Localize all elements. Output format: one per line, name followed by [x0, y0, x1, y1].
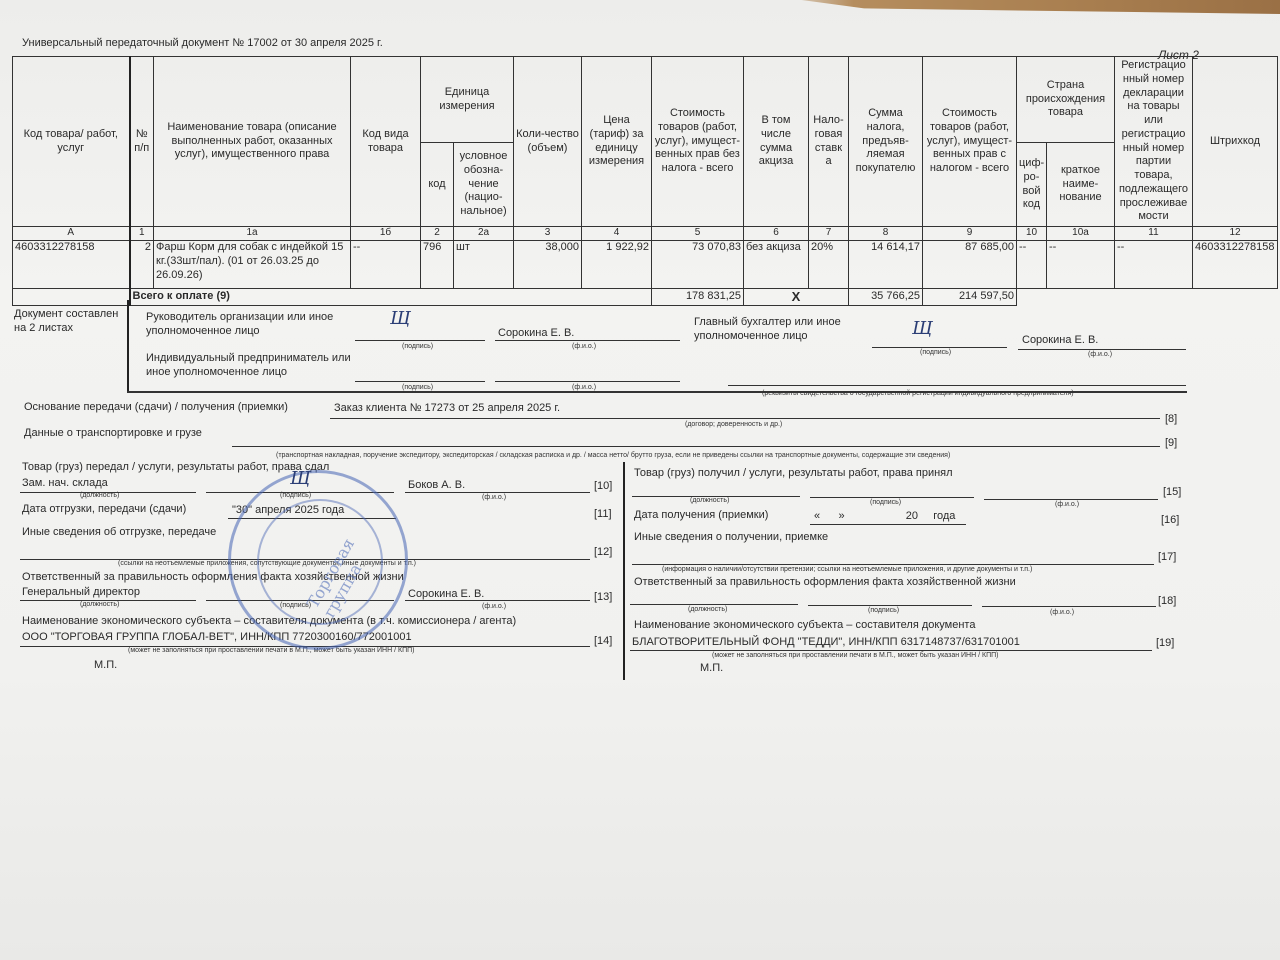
colnum: 5 [652, 227, 744, 241]
total-tax-sum: 35 766,25 [849, 289, 923, 306]
receipt-date-field[interactable]: « » 20 года [814, 510, 955, 522]
sender-position: Зам. нач. склада [22, 477, 108, 489]
hint-position: (должность) [80, 601, 119, 608]
colnum: 8 [849, 227, 923, 241]
cell-num: 2 [130, 241, 154, 289]
total-cost-no-tax: 178 831,25 [652, 289, 744, 306]
receiver-other-label: Иные сведения о получении, приемке [634, 531, 828, 543]
sender-other-label: Иные сведения об отгрузке, передаче [22, 526, 216, 538]
basis-hint: (договор; доверенность и др.) [685, 421, 782, 428]
ref-15: [15] [1163, 486, 1181, 498]
header-cost-no-tax: Стоимость товаров (работ, услуг), имущес… [652, 57, 744, 227]
doc-pages-note: Документ составлен на 2 листах [14, 307, 119, 336]
header-barcode: Штрихкод [1193, 57, 1278, 227]
receiver-other-hint: (информация о наличии/отсутствии претенз… [662, 566, 1032, 573]
colnum: 10а [1047, 227, 1115, 241]
total-row: Всего к оплате (9) 178 831,25 X 35 766,2… [13, 289, 1278, 306]
chief-accountant-signature: Щ [912, 318, 933, 339]
colnum: 2 [421, 227, 454, 241]
hint-fio: (ф.и.о.) [1050, 609, 1074, 616]
sender-stamp-place: М.П. [94, 659, 117, 671]
cell-country-code: -- [1017, 241, 1047, 289]
hint-fio: (ф.и.о.) [572, 384, 596, 391]
transport-hint: (транспортная накладная, поручение экспе… [276, 452, 950, 459]
cell-excise: без акциза [744, 241, 809, 289]
sender-entity-hint: (может не заполняться при проставлении п… [128, 647, 414, 654]
signature-block-border [127, 300, 129, 392]
header-unit-symbol: условное обозна-чение (нацио-нальное) [454, 143, 514, 227]
header-tax-rate: Нало-говая ставк а [809, 57, 849, 227]
column-numbers-row: А 1 1а 1б 2 2а 3 4 5 6 7 8 9 10 10а 11 1… [13, 227, 1278, 241]
hint-position: (должность) [80, 492, 119, 499]
ref-12: [12] [594, 546, 612, 558]
ref-18: [18] [1158, 595, 1176, 607]
ip-label: Индивидуальный предприниматель или иное … [146, 352, 366, 380]
colnum: 3 [514, 227, 582, 241]
cell-code: 4603312278158 [13, 241, 130, 289]
cell-cost-no-tax: 73 070,83 [652, 241, 744, 289]
cell-unit-code: 796 [421, 241, 454, 289]
sender-name: Боков А. В. [408, 479, 465, 491]
header-country-code: циф-ро-вой код [1017, 143, 1047, 227]
header-unit-code: код [421, 143, 454, 227]
chief-accountant-label: Главный бухгалтер или иное уполномоченно… [694, 316, 894, 344]
cell-country-name: -- [1047, 241, 1115, 289]
hint-ip-cert: (реквизиты свидетельства о государственн… [762, 390, 1074, 397]
colnum: 9 [923, 227, 1017, 241]
receiver-title: Товар (груз) получил / услуги, результат… [634, 467, 953, 479]
ref-19: [19] [1156, 637, 1174, 649]
total-excise: X [744, 289, 849, 306]
receiver-entity: БЛАГОТВОРИТЕЛЬНЫЙ ФОНД "ТЕДДИ", ИНН/КПП … [632, 636, 1020, 648]
sender-resp-name: Сорокина Е. В. [408, 588, 484, 600]
ref-10: [10] [594, 480, 612, 492]
ref-13: [13] [594, 591, 612, 603]
header-unit: Единица измерения [421, 57, 514, 143]
colnum: 1а [154, 227, 351, 241]
head-signature: Щ [390, 308, 411, 329]
cell-qty: 38,000 [514, 241, 582, 289]
cell-cost-with-tax: 87 685,00 [923, 241, 1017, 289]
ship-date-label: Дата отгрузки, передачи (сдачи) [22, 503, 186, 515]
hint-signature: (подпись) [402, 384, 433, 391]
header-excise: В том числе сумма акциза [744, 57, 809, 227]
receiver-resp-label: Ответственный за правильность оформления… [634, 576, 1016, 588]
sender-resp-position: Генеральный директор [22, 586, 140, 598]
cell-price: 1 922,92 [582, 241, 652, 289]
total-label: Всего к оплате (9) [130, 289, 652, 306]
hint-fio: (ф.и.о.) [1088, 351, 1112, 358]
colnum: 7 [809, 227, 849, 241]
header-num: № п/п [130, 57, 154, 227]
hint-signature: (подпись) [870, 499, 901, 506]
header-name: Наименование товара (описание выполненны… [154, 57, 351, 227]
total-cost-with-tax: 214 597,50 [923, 289, 1017, 306]
hint-signature: (подпись) [402, 343, 433, 350]
colnum: 2а [454, 227, 514, 241]
header-kind-code: Код вида товара [351, 57, 421, 227]
document-title: Универсальный передаточный документ № 17… [22, 37, 383, 49]
items-table: Код товара/ работ, услуг № п/п Наименова… [12, 56, 1278, 306]
hint-position: (должность) [690, 497, 729, 504]
hint-fio: (ф.и.о.) [572, 343, 596, 350]
hint-signature: (подпись) [868, 607, 899, 614]
ref-8: [8] [1165, 413, 1177, 425]
cell-name: Фарш Корм для собак с индейкой 15 кг.(33… [154, 241, 351, 289]
colnum: А [13, 227, 130, 241]
header-reg-number: Регистрацио нный номер декларации на тов… [1115, 57, 1193, 227]
stamp-text: Торговая группа [303, 503, 393, 621]
basis-label: Основание передачи (сдачи) / получения (… [24, 401, 288, 413]
basis-value: Заказ клиента № 17273 от 25 апреля 2025 … [334, 402, 560, 414]
receiver-entity-hint: (может не заполняться при проставлении п… [712, 652, 998, 659]
receiver-entity-label: Наименование экономического субъекта – с… [634, 619, 975, 631]
table-row: 4603312278158 2 Фарш Корм для собак с ин… [13, 241, 1278, 289]
hint-fio: (ф.и.о.) [482, 603, 506, 610]
background-table-edge [760, 0, 1280, 14]
receipt-date-label: Дата получения (приемки) [634, 509, 768, 521]
receiver-stamp-place: М.П. [700, 662, 723, 674]
cell-tax-sum: 14 614,17 [849, 241, 923, 289]
cell-barcode: 4603312278158 [1193, 241, 1278, 289]
ref-16: [16] [1161, 514, 1179, 526]
colnum: 1б [351, 227, 421, 241]
header-qty: Коли-чество (объем) [514, 57, 582, 227]
transport-label: Данные о транспортировке и грузе [24, 427, 202, 439]
cell-unit-symbol: шт [454, 241, 514, 289]
header-tax-sum: Сумма налога, предъяв-ляемая покупателю [849, 57, 923, 227]
ref-17: [17] [1158, 551, 1176, 563]
cell-reg-number: -- [1115, 241, 1193, 289]
ref-11: [11] [594, 508, 612, 520]
colnum: 10 [1017, 227, 1047, 241]
colnum: 12 [1193, 227, 1278, 241]
sender-title: Товар (груз) передал / услуги, результат… [22, 461, 329, 473]
sender-signature: Щ [290, 468, 311, 489]
header-price: Цена (тариф) за единицу измерения [582, 57, 652, 227]
header-code: Код товара/ работ, услуг [13, 57, 130, 227]
company-stamp: Торговая группа [228, 470, 408, 650]
header-country-name: краткое наиме-нование [1047, 143, 1115, 227]
chief-accountant-name: Сорокина Е. В. [1022, 334, 1098, 346]
ref-14: [14] [594, 635, 612, 647]
colnum: 1 [130, 227, 154, 241]
header-cost-with-tax: Стоимость товаров (работ, услуг), имущес… [923, 57, 1017, 227]
hint-signature: (подпись) [920, 349, 951, 356]
cell-tax-rate: 20% [809, 241, 849, 289]
hint-position: (должность) [688, 606, 727, 613]
colnum: 6 [744, 227, 809, 241]
head-label: Руководитель организации или иное уполно… [146, 311, 346, 339]
ref-9: [9] [1165, 437, 1177, 449]
section-divider [623, 462, 625, 680]
hint-fio: (ф.и.о.) [1055, 501, 1079, 508]
cell-kind-code: -- [351, 241, 421, 289]
header-country: Страна происхождения товара [1017, 57, 1115, 143]
head-name: Сорокина Е. В. [498, 327, 574, 339]
colnum: 11 [1115, 227, 1193, 241]
hint-fio: (ф.и.о.) [482, 494, 506, 501]
colnum: 4 [582, 227, 652, 241]
